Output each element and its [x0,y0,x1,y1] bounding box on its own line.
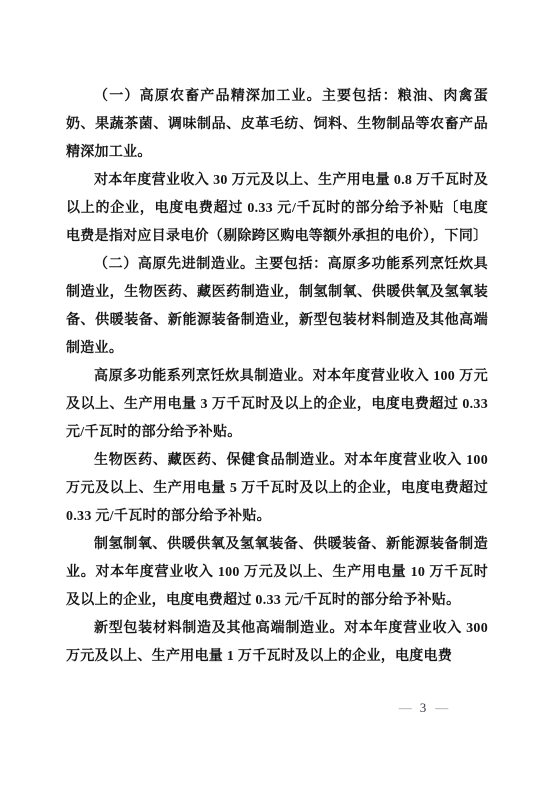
paragraph-subsidy-rule-1: 对本年度营业收入 30 万元及以上、生产用电量 0.8 万千瓦时及以上的企业，电… [66,167,488,251]
paragraph-packaging-industry: 新型包装材料制造及其他高端制造业。对本年度营业收入 300 万元及以上、生产用电… [66,615,488,671]
page-number: — 3 — [393,700,453,716]
paragraph-biomedicine-industry: 生物医药、藏医药、保健食品制造业。对本年度营业收入 100 万元及以上、生产用电… [66,447,488,531]
page-number-dash-left: — [399,700,411,716]
paragraph-section-2-heading: （二）高原先进制造业。主要包括：高原多功能系列烹饪炊具制造业，生物医药、藏医药制… [66,251,488,363]
body-text: （一）高原农畜产品精深加工业。主要包括：粮油、肉禽蛋奶、果蔬茶菌、调味制品、皮革… [66,83,488,671]
page-number-value: 3 [420,700,427,716]
paragraph-hydrogen-oxygen-industry: 制氢制氧、供暖供氧及氢氧装备、供暖装备、新能源装备制造业。对本年度营业收入 10… [66,531,488,615]
document-page: （一）高原农畜产品精深加工业。主要包括：粮油、肉禽蛋奶、果蔬茶菌、调味制品、皮革… [0,0,551,786]
paragraph-section-1-heading: （一）高原农畜产品精深加工业。主要包括：粮油、肉禽蛋奶、果蔬茶菌、调味制品、皮革… [66,83,488,167]
page-number-dash-right: — [435,700,447,716]
paragraph-cookware-industry: 高原多功能系列烹饪炊具制造业。对本年度营业收入 100 万元及以上、生产用电量 … [66,363,488,447]
